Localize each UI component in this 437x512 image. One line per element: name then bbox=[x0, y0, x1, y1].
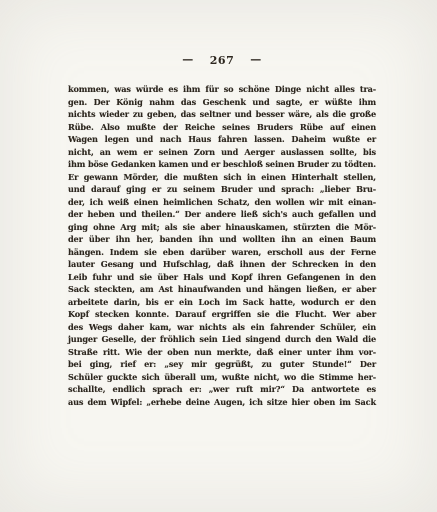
text-line: junger Geselle, der fröhlich sein Lied s… bbox=[68, 333, 376, 346]
text-line: ihm böse Gedanken kamen und er beschloß … bbox=[68, 158, 376, 171]
text-line: gen. Der König nahm das Geschenk und sag… bbox=[68, 96, 376, 109]
header-dash-right: — bbox=[250, 53, 262, 66]
scanned-book-page: —267— kommen, was würde es ihm für so sc… bbox=[0, 0, 437, 512]
text-line: lauter Gesang und Hufschlag, daß ihnen d… bbox=[68, 258, 376, 271]
text-line: Schüler guckte sich überall um, wußte ni… bbox=[68, 371, 376, 384]
text-line: Kopf stecken konnte. Darauf ergriffen si… bbox=[68, 308, 376, 321]
text-line: der, ich weiß einen heimlichen Schatz, d… bbox=[68, 196, 376, 209]
text-line: Er gewann Mörder, die mußten sich in ein… bbox=[68, 171, 376, 184]
text-line: und darauf ging er zu seinem Bruder und … bbox=[68, 183, 376, 196]
text-line: aus dem Wipfel: „erhebe deine Augen, ich… bbox=[68, 396, 376, 409]
text-line: arbeitete darin, bis er ein Loch im Sack… bbox=[68, 296, 376, 309]
text-line: Sack steckten, am Ast hinaufwanden und h… bbox=[68, 283, 376, 296]
text-line: der heben und theilen.“ Der andere ließ … bbox=[68, 208, 376, 221]
body-text-block: kommen, was würde es ihm für so schöne D… bbox=[68, 83, 376, 408]
page-number: 267 bbox=[210, 54, 234, 67]
text-line: Wagen legen und nach Haus fahren lassen.… bbox=[68, 133, 376, 146]
text-line: Straße ritt. Wie der oben nun merkte, da… bbox=[68, 346, 376, 359]
text-line: bei ging, rief er: „sey mir gegrüßt, zu … bbox=[68, 358, 376, 371]
text-line: hängen. Indem sie eben darüber waren, er… bbox=[68, 246, 376, 259]
text-line: der über ihn her, banden ihn und wollten… bbox=[68, 233, 376, 246]
text-line: schallte, endlich sprach er: „wer ruft m… bbox=[68, 383, 376, 396]
text-line: des Wegs daher kam, war nichts als ein f… bbox=[68, 321, 376, 334]
header-dash-left: — bbox=[182, 53, 194, 66]
text-line: kommen, was würde es ihm für so schöne D… bbox=[68, 83, 376, 96]
text-line: ging ohne Arg mit; als sie aber hinauska… bbox=[68, 221, 376, 234]
text-line: nicht, an wem er seinen Zorn und Aerger … bbox=[68, 146, 376, 159]
text-line: Leib fuhr und sie über Hals und Kopf ihr… bbox=[68, 271, 376, 284]
text-line: Rübe. Also mußte der Reiche seines Brude… bbox=[68, 121, 376, 134]
page-header: —267— bbox=[68, 54, 376, 67]
text-line: nichts wieder zu geben, das seltner und … bbox=[68, 108, 376, 121]
